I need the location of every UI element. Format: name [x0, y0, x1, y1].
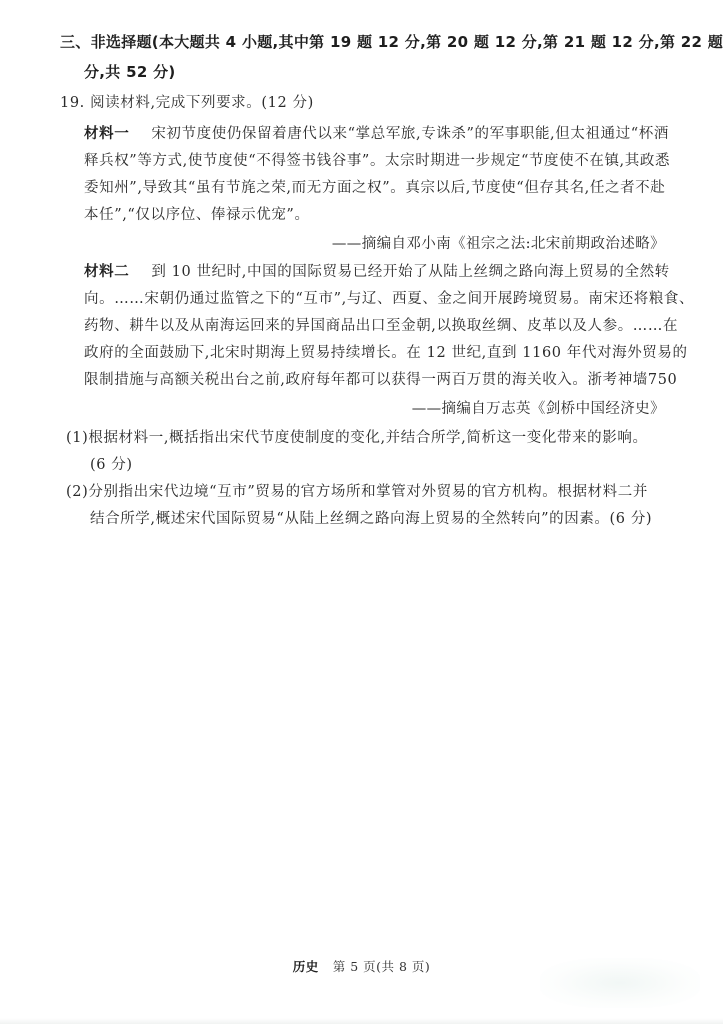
material1-text-1: 宋初节度使仍保留着唐代以来“掌总军旅,专诛杀”的军事职能,但太祖通过“杯酒: [151, 126, 669, 142]
material1-text-2: 释兵权”等方式,使节度使“不得签书钱谷事”。太宗时期进一步规定“节度使不在镇,其…: [84, 151, 670, 171]
material2-text-3: 药物、耕牛以及从南海运回来的异国商品出口至金朝,以换取丝绸、皮革以及人参。……在: [84, 316, 678, 336]
material2-line1: 材料二到 10 世纪时,中国的国际贸易已经开始了从陆上丝绸之路向海上贸易的全然转: [84, 262, 670, 282]
sub-question-2-line1: (2)分别指出宋代边境“互市”贸易的官方场所和掌管对外贸易的官方机构。根据材料二…: [66, 482, 648, 502]
material1-line1: 材料一宋初节度使仍保留着唐代以来“掌总军旅,专诛杀”的军事职能,但太祖通过“杯酒: [84, 124, 669, 144]
question-19-stem: 19. 阅读材料,完成下列要求。(12 分): [60, 93, 314, 113]
material1-label: 材料一: [84, 126, 129, 142]
material2-label: 材料二: [84, 264, 129, 280]
material2-citation: ——摘编自万志英《剑桥中国经济史》: [412, 399, 665, 419]
material1-text-4: 本任”,“仅以序位、俸禄示优宠”。: [84, 205, 310, 225]
section-header-line1: 三、非选择题(本大题共 4 小题,其中第 19 题 12 分,第 20 题 12…: [60, 32, 723, 52]
material2-text-5: 限制措施与高额关税出台之前,政府每年都可以获得一两百万贯的海关收入。浙考神墙75…: [84, 370, 677, 390]
material1-citation: ——摘编自邓小南《祖宗之法:北宋前期政治述略》: [332, 234, 665, 254]
exam-page: 三、非选择题(本大题共 4 小题,其中第 19 题 12 分,第 20 题 12…: [0, 0, 723, 1024]
section-header-line2: 分,共 52 分): [84, 62, 176, 82]
material1-text-3: 委知州”,导致其“虽有节旄之荣,而无方面之权”。真宗以后,节度使“但存其名,任之…: [84, 178, 665, 198]
footer-subject: 历史: [293, 959, 319, 974]
scan-bottom-edge: [0, 1018, 723, 1024]
sub-question-1-line2: (6 分): [90, 455, 133, 475]
material2-text-1: 到 10 世纪时,中国的国际贸易已经开始了从陆上丝绸之路向海上贸易的全然转: [151, 264, 669, 280]
page-footer: 历史第 5 页(共 8 页): [0, 958, 723, 976]
sub-question-1-line1: (1)根据材料一,概括指出宋代节度使制度的变化,并结合所学,简析这一变化带来的影…: [66, 428, 648, 448]
footer-page-info: 第 5 页(共 8 页): [333, 959, 431, 974]
material2-text-4: 政府的全面鼓励下,北宋时期海上贸易持续增长。在 12 世纪,直到 1160 年代…: [84, 343, 688, 363]
sub-question-2-line2: 结合所学,概述宋代国际贸易“从陆上丝绸之路向海上贸易的全然转向”的因素。(6 分…: [90, 509, 652, 529]
material2-text-2: 向。……宋朝仍通过监管之下的“互市”,与辽、西夏、金之间开展跨境贸易。南宋还将粮…: [84, 289, 694, 309]
